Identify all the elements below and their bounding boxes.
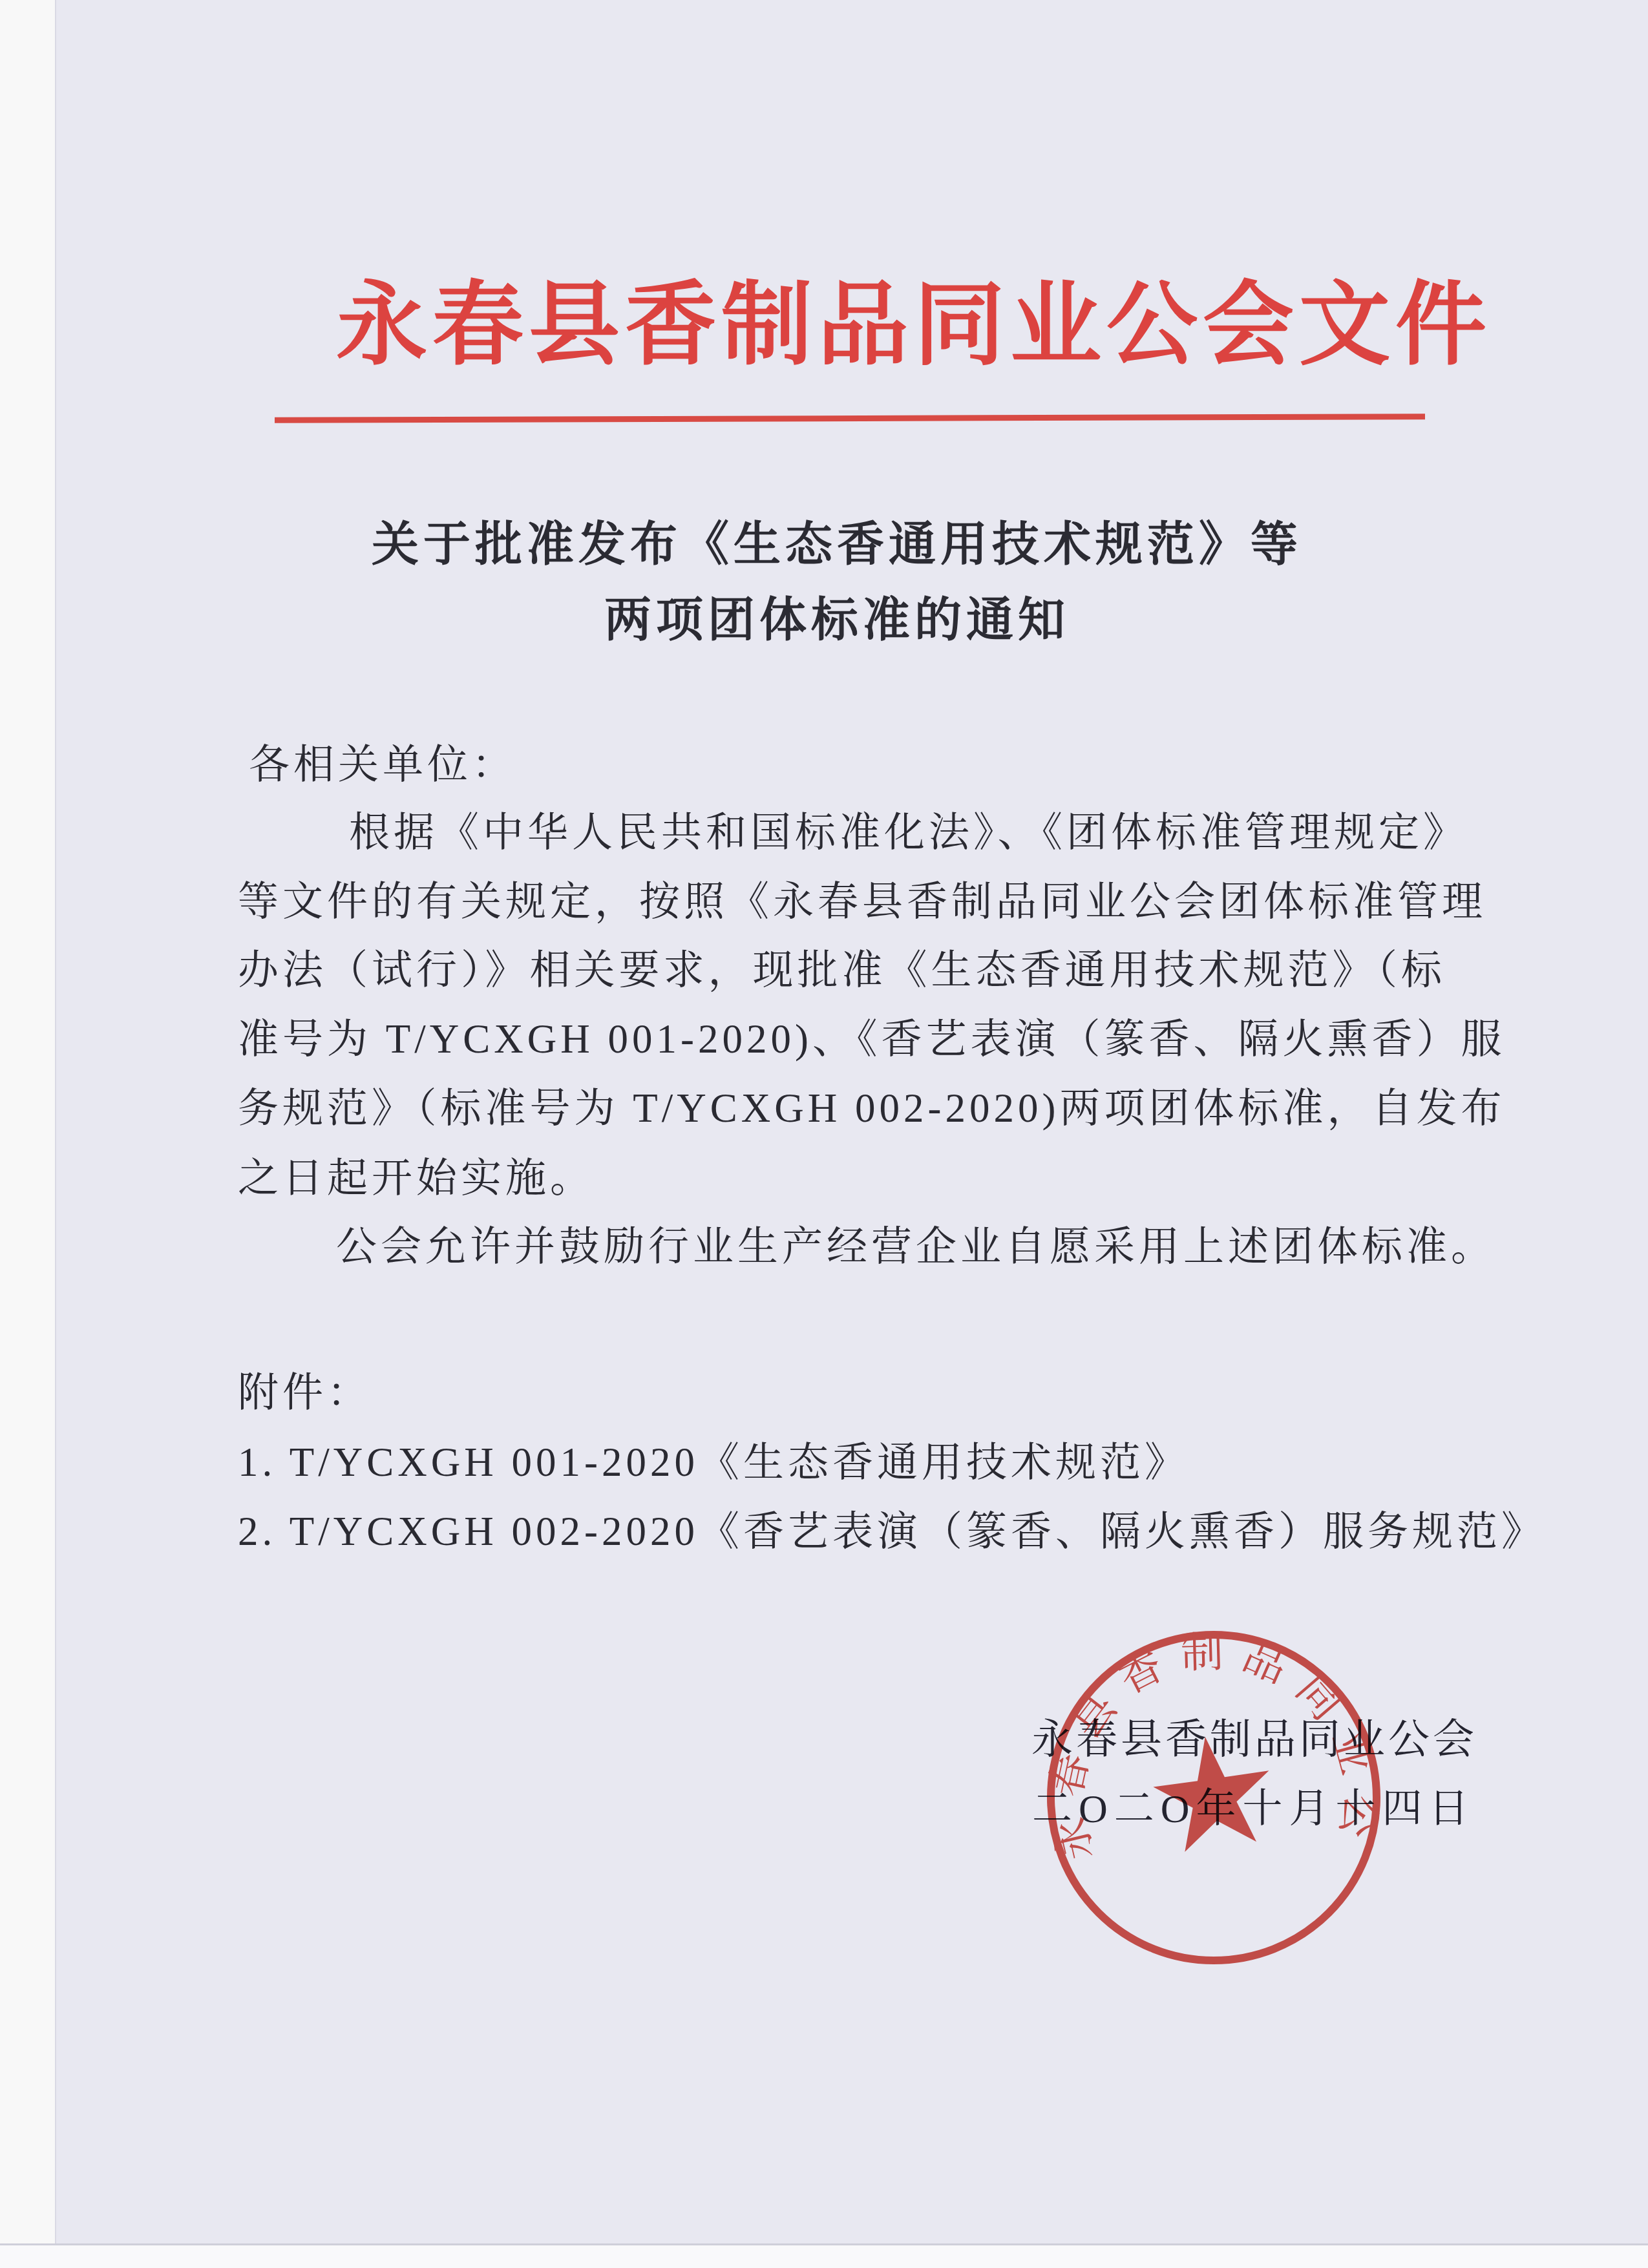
body-line: 根据《中华人民共和国标准化法》、《团体标准管理规定》: [349, 811, 1468, 854]
body-line: 准号为 T/YCXGH 001-2020)、《香艺表演（篆香、隔火熏香）服: [238, 1018, 1505, 1061]
document-title-line2: 两项团体标准的通知: [239, 595, 1435, 645]
body-line: 务规范》（标准号为 T/YCXGH 002-2020)两项团体标准，自发布: [238, 1087, 1505, 1130]
scanned-document-page: 永春县香制品同业公会文件 关于批准发布《生态香通用技术规范》等 两项团体标准的通…: [0, 0, 1648, 2268]
attachment-item: 2. T/YCXGH 002-2020《香艺表演（篆香、隔火熏香）服务规范》: [238, 1510, 1546, 1553]
seal-arc-text: 永春县香制品同业公会: [1041, 1628, 1386, 1865]
star-icon: [1147, 1728, 1278, 1854]
org-header-title: 永春县香制品同业公会文件: [336, 277, 1422, 373]
scanner-bottom-edge: [0, 2243, 1648, 2268]
body-line: 等文件的有关规定，按照《永春县香制品同业公会团体标准管理: [238, 880, 1486, 923]
header-divider-rule: [275, 414, 1425, 423]
body-line: 之日起开始实施。: [238, 1157, 595, 1200]
official-round-seal: 永春县香制品同业公会: [1039, 1623, 1388, 1972]
salutation: 各相关单位：: [249, 743, 516, 786]
body-paragraph2: 公会允许并鼓励行业生产经营企业自愿采用上述团体标准。: [336, 1225, 1495, 1268]
body-line: 办法（试行）》相关要求，现批准《生态香通用技术规范》（标: [238, 949, 1446, 992]
attachment-item: 1. T/YCXGH 001-2020《生态香通用技术规范》: [238, 1441, 1189, 1484]
attachments-label: 附件：: [238, 1371, 372, 1414]
document-title-line1: 关于批准发布《生态香通用技术规范》等: [239, 520, 1435, 569]
scanner-left-edge: [0, 0, 56, 2268]
